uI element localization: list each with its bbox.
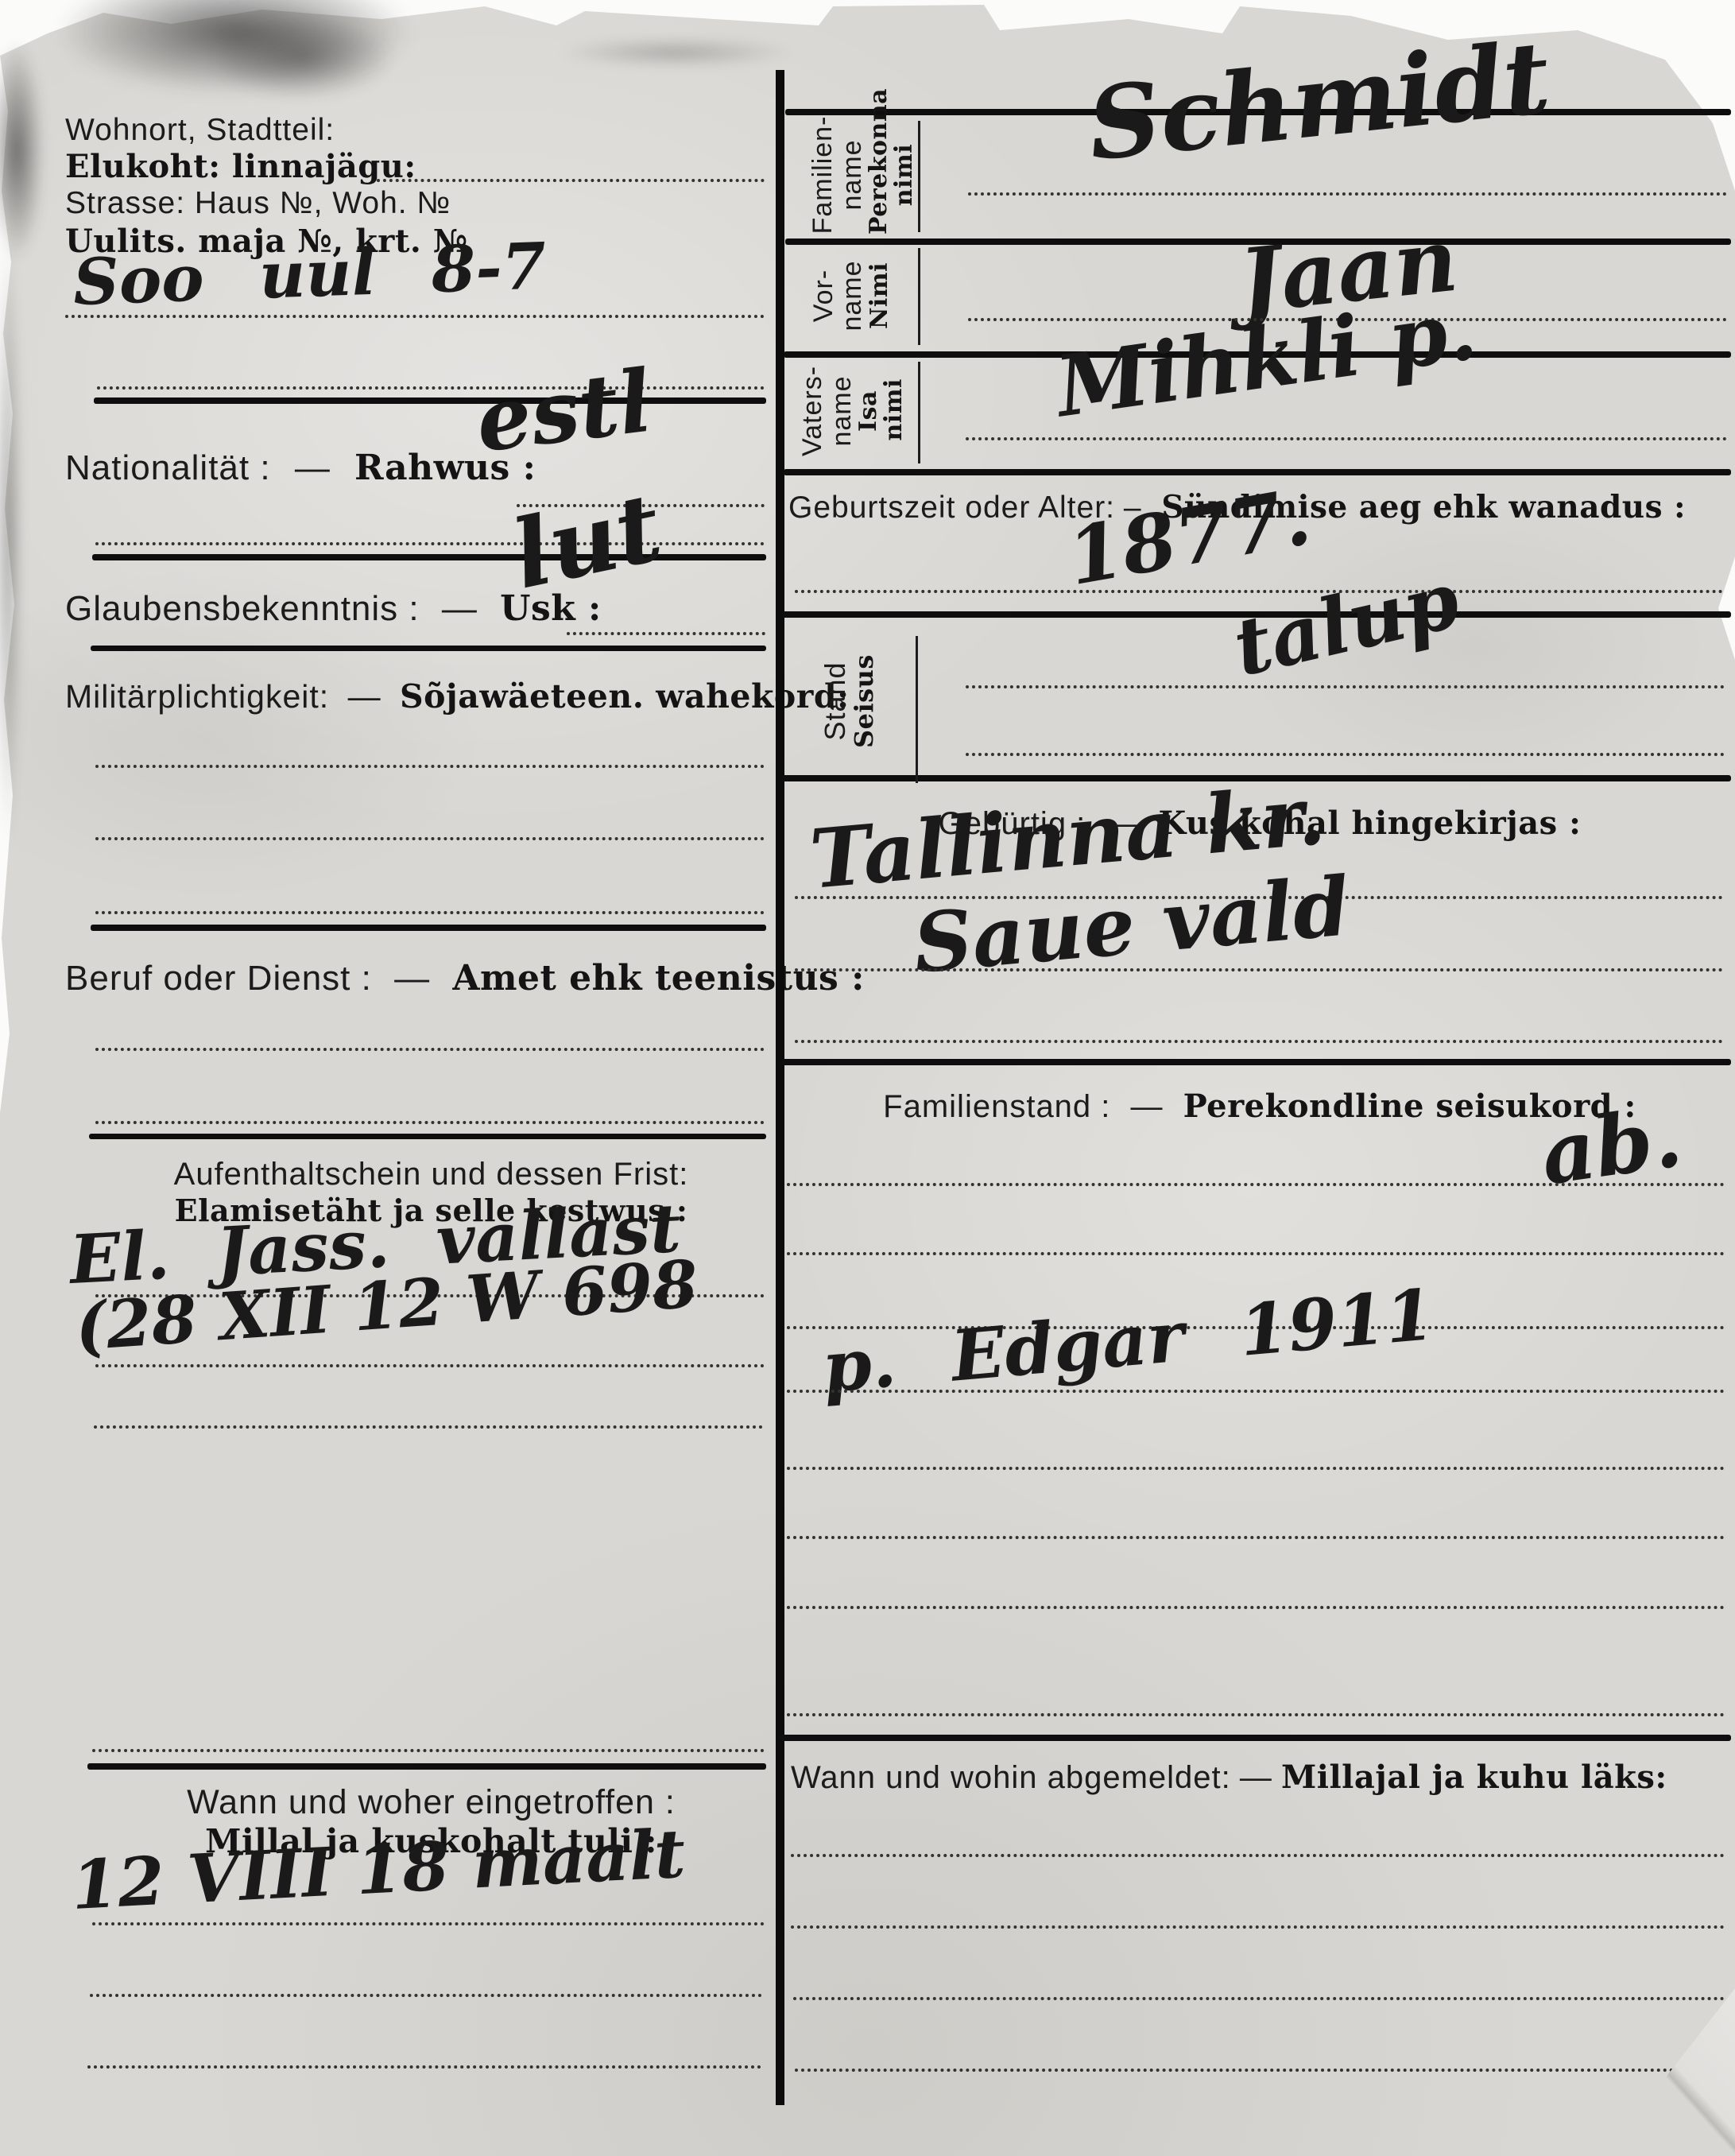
ruled-line: [795, 2069, 1725, 2072]
firstname-row-label: Vor-name Nimi: [799, 240, 902, 351]
nationality-value-handwritten: estl: [471, 351, 656, 472]
status-label-et: Seisus: [851, 654, 878, 748]
ruled-line: [90, 1994, 762, 1997]
ruled-line: [793, 1997, 1725, 2000]
departure-label: Wann und wohin abgemeldet: — Millajal ja…: [791, 1759, 1667, 1796]
profession-label: Beruf oder Dienst : — Amet ehk teenistus…: [65, 958, 865, 999]
label-dash: —: [1131, 1089, 1164, 1124]
ruled-line: [791, 1925, 1725, 1929]
strasse-label-de: Strasse: Haus №, Woh. №: [65, 186, 451, 221]
ruled-line: [94, 1425, 763, 1429]
permit-label-de: Aufenthaltschein und dessen Frist:: [95, 1157, 767, 1192]
family-status-label-de: Familienstand :: [883, 1089, 1110, 1124]
religion-label: Glaubensbekenntnis : — Usk :: [65, 588, 602, 629]
label-divider-line: [918, 248, 920, 345]
departure-label-et: Millajal ja kuhu läks:: [1281, 1759, 1667, 1796]
profession-label-de: Beruf oder Dienst :: [65, 959, 372, 998]
ruled-line: [95, 837, 765, 840]
ruled-line: [87, 2065, 761, 2069]
nationality-label-de: Nationalität :: [65, 448, 271, 487]
profession-label-et: Amet ehk teenistus :: [452, 958, 865, 999]
departure-label-de: Wann und wohin abgemeldet:: [791, 1760, 1231, 1795]
surname-row-label: Familien-name Perekonna nimi: [807, 111, 918, 238]
surname-label-et: Perekonna nimi: [866, 115, 916, 235]
ruled-line: [787, 1390, 1725, 1393]
row-border-line: [780, 1059, 1731, 1065]
fathersname-row-label: Vaters-name Isa nimi: [800, 355, 904, 467]
ruled-line: [795, 968, 1723, 971]
section-divider-line: [87, 1763, 766, 1770]
section-divider-line: [91, 925, 766, 931]
label-divider-line: [916, 636, 918, 783]
family-status-value-handwritten: ab.: [1535, 1088, 1687, 1204]
ruled-line: [966, 437, 1727, 440]
surname-label-de: Familien-name: [808, 111, 866, 238]
ruled-line: [966, 753, 1725, 756]
registration-card-scan: Wohnort, Stadtteil: Elukoht: linnajägu: …: [0, 0, 1735, 2156]
status-row-label: Stand Seisus: [785, 638, 912, 765]
row-border-line: [784, 469, 1731, 475]
ruled-line: [377, 179, 765, 182]
section-divider-line: [89, 1134, 766, 1139]
label-dash: —: [442, 589, 478, 628]
ruled-line: [795, 590, 1723, 593]
military-label: Militärplichtigkeit: — Sõjawäeteen. wahe…: [65, 677, 850, 715]
wohnort-label-de: Wohnort, Stadtteil:: [65, 113, 335, 148]
fathersname-label-et: Isa nimi: [856, 382, 906, 441]
firstname-label-et: Nimi: [867, 240, 893, 351]
ruled-line: [968, 192, 1727, 196]
section-divider-line: [94, 397, 766, 404]
ruled-line: [92, 1749, 765, 1752]
ruled-line: [966, 685, 1725, 688]
religion-label-de: Glaubensbekenntnis :: [65, 589, 420, 628]
ruled-line: [97, 386, 765, 390]
nationality-label: Nationalität : — Rahwus :: [65, 448, 536, 488]
ruled-line: [95, 911, 765, 914]
label-dash: —: [295, 448, 331, 487]
column-divider-line: [776, 70, 784, 2105]
label-dash: —: [348, 678, 381, 715]
label-divider-line: [918, 121, 920, 232]
section-divider-line: [91, 646, 766, 651]
ruled-line: [95, 1121, 765, 1124]
label-dash: —: [394, 959, 430, 998]
ruled-line: [787, 1252, 1725, 1255]
ruled-line: [795, 1040, 1723, 1043]
ruled-line: [567, 632, 765, 635]
status-label-de: Stand: [820, 661, 851, 740]
elukoht-label-et: Elukoht: linnajägu:: [65, 148, 416, 185]
label-dash: —: [1240, 1760, 1272, 1795]
ruled-line: [95, 765, 765, 768]
firstname-label-de: Vor-name: [809, 252, 867, 339]
ruled-line: [787, 1183, 1725, 1186]
ruled-line: [92, 1922, 765, 1925]
military-label-de: Militärplichtigkeit:: [65, 678, 329, 715]
ruled-line: [787, 1606, 1725, 1609]
ruled-line: [787, 1536, 1725, 1539]
row-border-line: [779, 1735, 1731, 1741]
ruled-line: [65, 315, 765, 318]
ruled-line: [95, 1048, 765, 1051]
ruled-line: [787, 1713, 1725, 1716]
ruled-line: [787, 1467, 1725, 1470]
fathersname-label-de: Vaters-name: [798, 359, 856, 463]
ruled-line: [95, 1364, 765, 1367]
label-divider-line: [918, 362, 920, 463]
ruled-line: [95, 542, 765, 545]
ruled-line: [791, 1854, 1725, 1857]
